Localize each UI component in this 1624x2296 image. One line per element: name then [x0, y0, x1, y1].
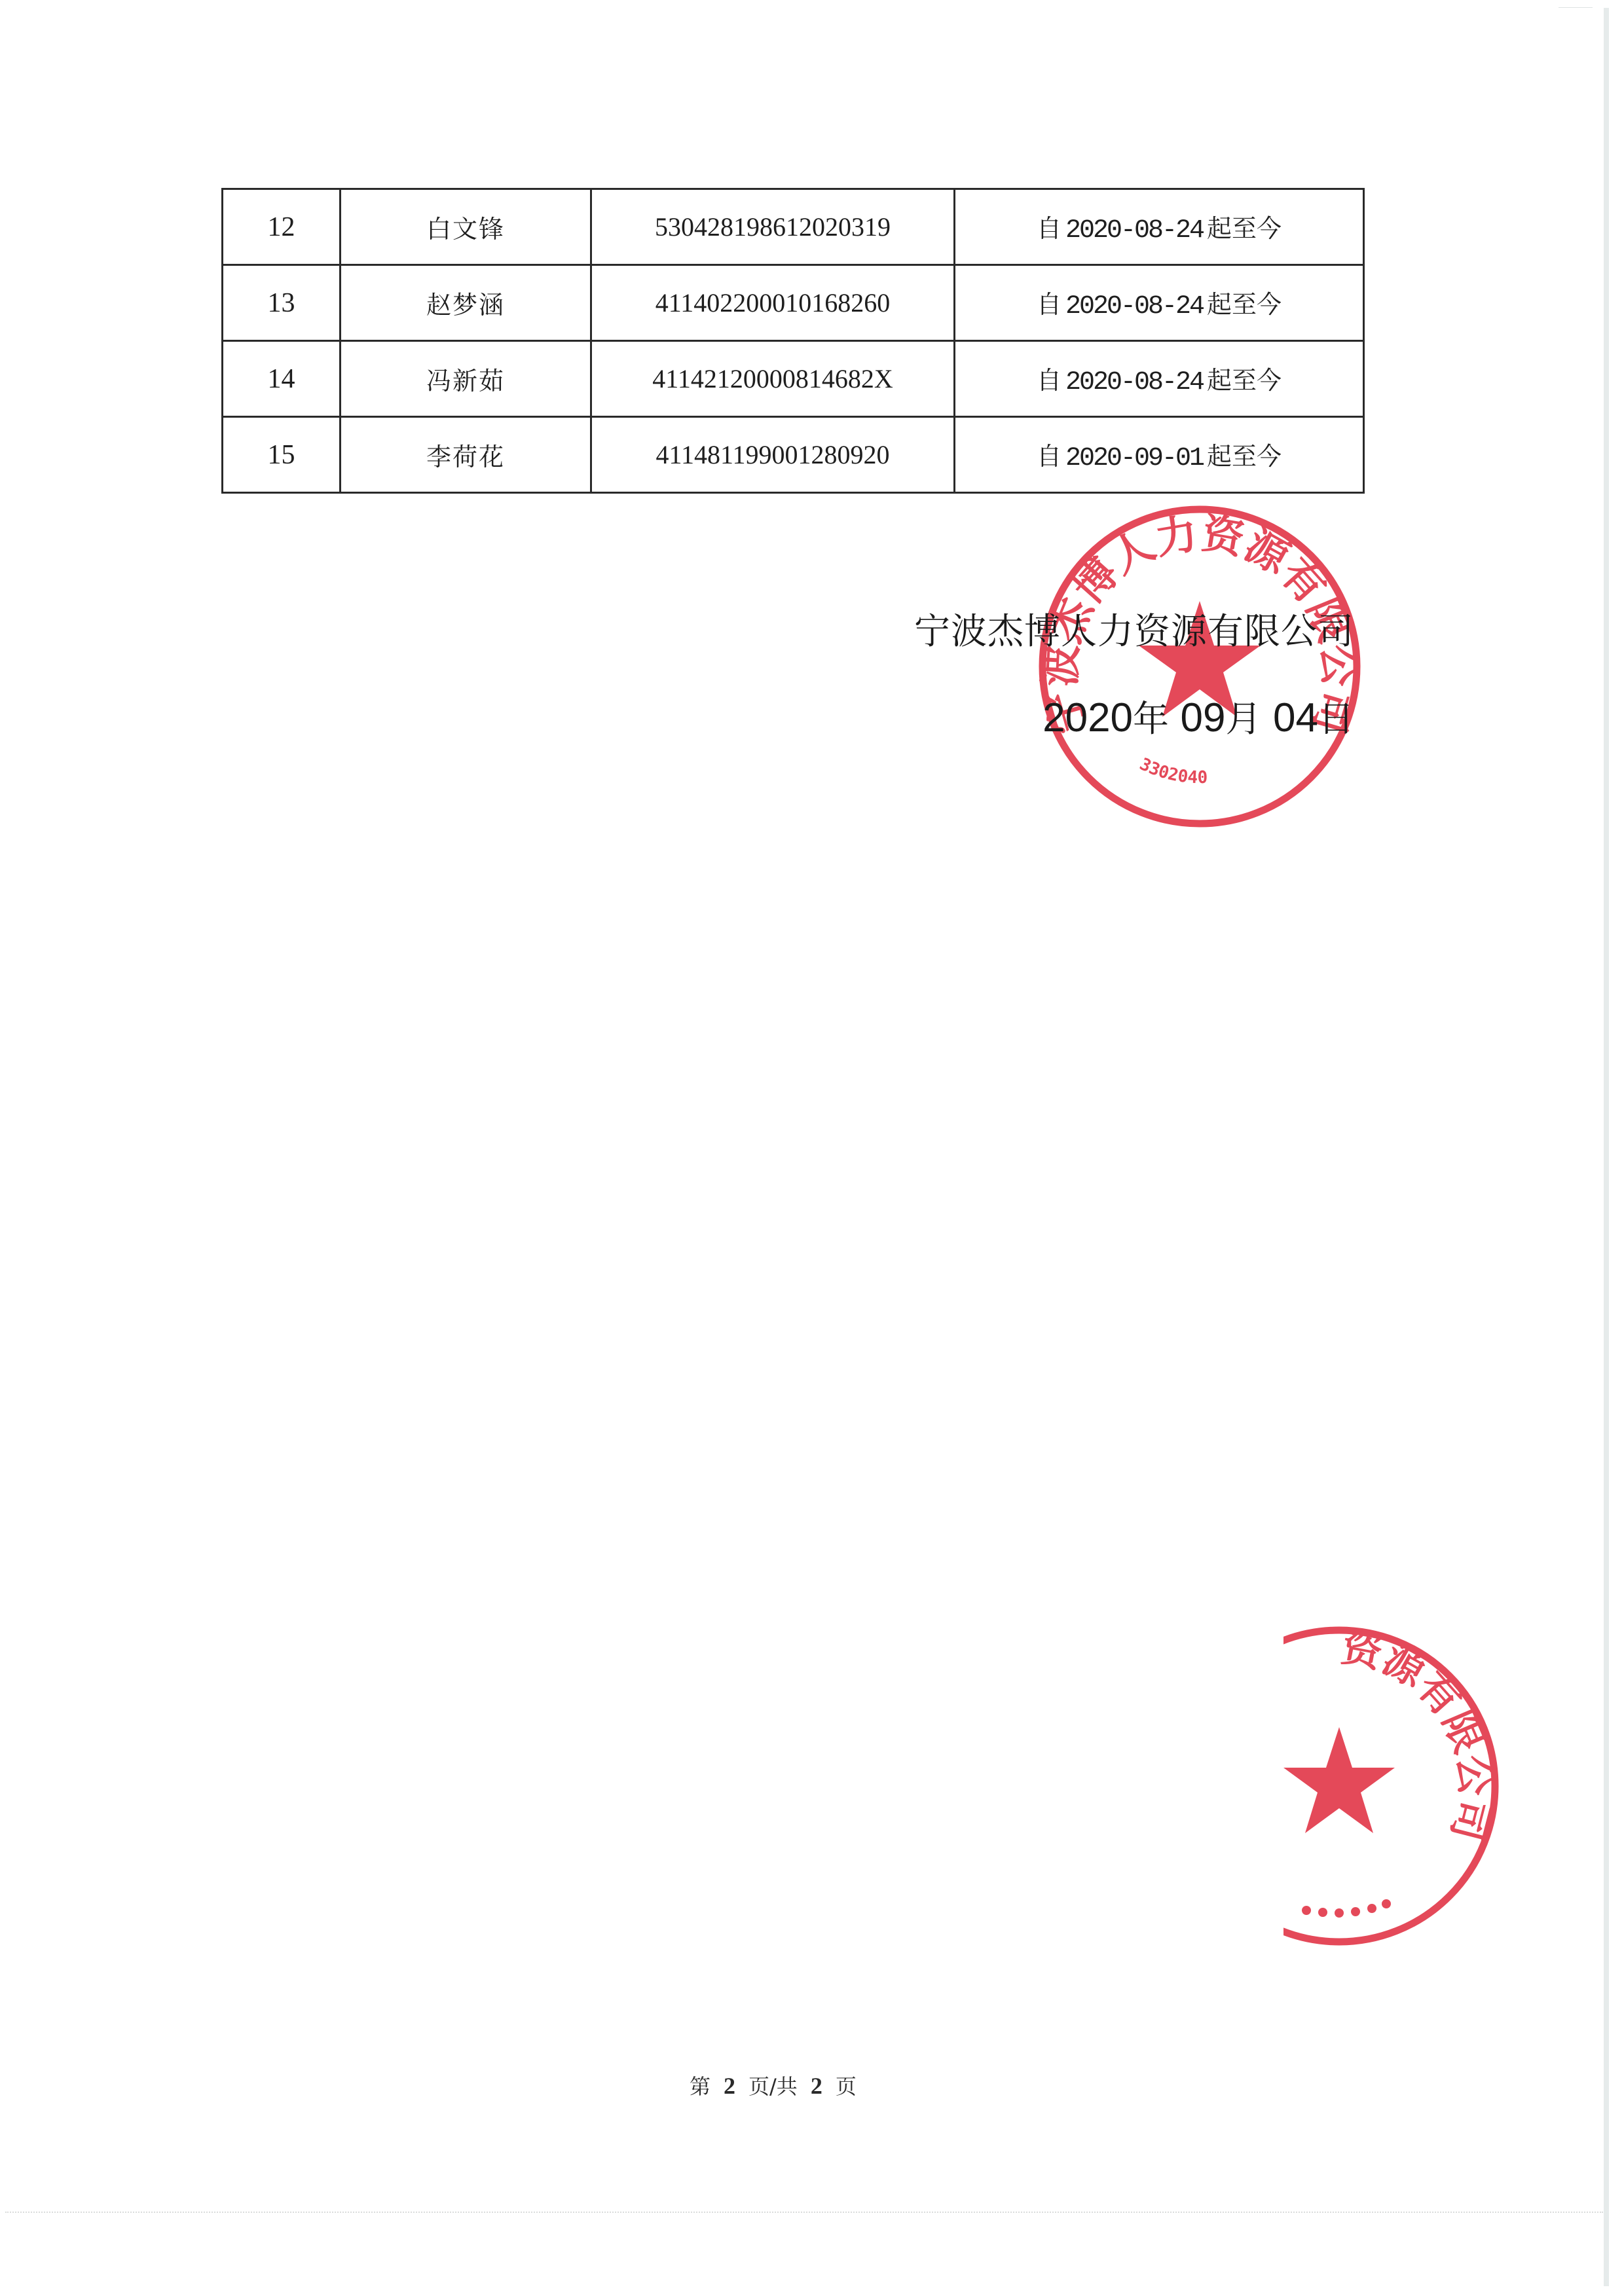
period-date: 2020-08-24	[1065, 216, 1203, 246]
id-number: 411481199001280920	[591, 417, 955, 493]
svg-text:3302040: 3302040	[1136, 754, 1208, 788]
employment-period: 自2020-08-24起至今	[955, 265, 1364, 341]
footer-suffix: 页	[836, 2074, 857, 2099]
employment-period: 自2020-09-01起至今	[955, 417, 1364, 493]
row-number: 14	[223, 341, 341, 417]
row-number: 13	[223, 265, 341, 341]
seam-seal: 资源有限公司	[1283, 1622, 1503, 1950]
period-date: 2020-08-24	[1065, 292, 1203, 321]
star-icon	[1283, 1727, 1395, 1833]
signature-date: 2020年 09月 04日	[1022, 690, 1354, 742]
date-day: 04	[1273, 695, 1318, 740]
period-date: 2020-09-01	[1065, 444, 1203, 473]
period-prefix: 自	[1037, 214, 1061, 243]
period-prefix: 自	[1037, 290, 1061, 319]
id-number: 411402200010168260	[591, 265, 955, 341]
total-pages: 2	[811, 2073, 822, 2099]
period-prefix: 自	[1037, 442, 1061, 471]
scan-edge-top	[1559, 7, 1593, 8]
date-year: 2020	[1043, 695, 1133, 740]
id-number: 41142120000814682X	[591, 341, 955, 417]
employee-name: 冯新茹	[341, 341, 591, 417]
company-seal: 宁波杰博人力资源有限公司 3302040	[1036, 503, 1363, 830]
date-month-unit: 月	[1226, 698, 1262, 740]
table-row: 15 李荷花 411481199001280920 自2020-09-01起至今	[223, 417, 1364, 493]
period-suffix: 起至今	[1207, 442, 1282, 471]
period-suffix: 起至今	[1207, 214, 1282, 243]
period-suffix: 起至今	[1207, 366, 1282, 395]
current-page: 2	[724, 2073, 735, 2099]
table-row: 13 赵梦涵 411402200010168260 自2020-08-24起至今	[223, 265, 1364, 341]
company-name: 宁波杰博人力资源有限公司	[902, 602, 1354, 654]
employment-period: 自2020-08-24起至今	[955, 189, 1364, 265]
employee-table: 12 白文锋 530428198612020319 自2020-08-24起至今…	[221, 188, 1365, 494]
scan-artifact-line	[5, 2212, 1603, 2213]
scan-edge-strip	[1604, 8, 1609, 2286]
period-date: 2020-08-24	[1065, 368, 1203, 397]
period-suffix: 起至今	[1207, 290, 1282, 319]
seam-seal-region: 资源有限公司	[1283, 1617, 1506, 1958]
employee-name: 白文锋	[341, 189, 591, 265]
footer-middle: 页/共	[748, 2074, 798, 2099]
employee-name: 赵梦涵	[341, 265, 591, 341]
seal-code: 3302040	[1136, 754, 1208, 788]
table-row: 14 冯新茹 41142120000814682X 自2020-08-24起至今	[223, 341, 1364, 417]
period-prefix: 自	[1037, 366, 1061, 395]
date-year-unit: 年	[1133, 698, 1169, 740]
date-day-unit: 日	[1318, 698, 1354, 740]
id-number: 530428198612020319	[591, 189, 955, 265]
table-row: 12 白文锋 530428198612020319 自2020-08-24起至今	[223, 189, 1364, 265]
employee-name: 李荷花	[341, 417, 591, 493]
row-number: 12	[223, 189, 341, 265]
date-month: 09	[1181, 695, 1226, 740]
row-number: 15	[223, 417, 341, 493]
footer-prefix: 第	[690, 2074, 710, 2099]
employment-period: 自2020-08-24起至今	[955, 341, 1364, 417]
page-footer: 第2页/共2页	[690, 2070, 857, 2100]
